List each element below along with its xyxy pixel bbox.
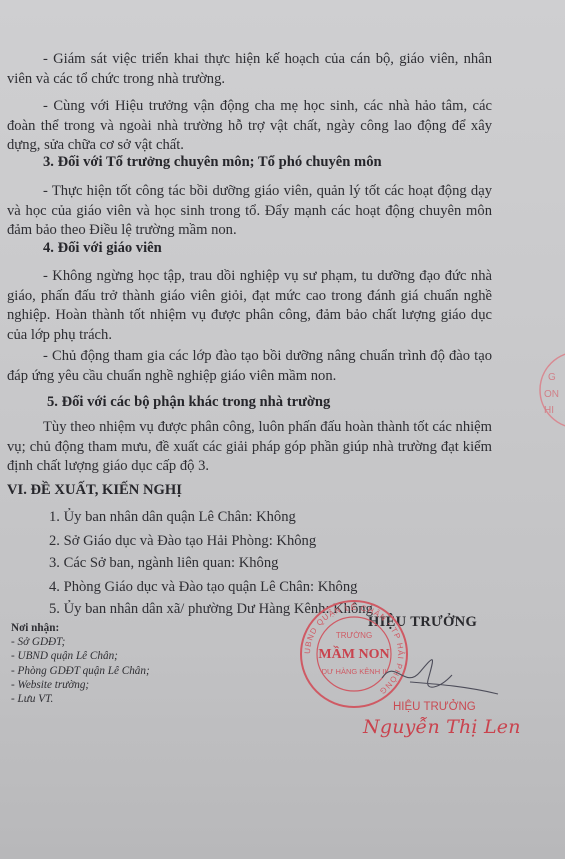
section-5-heading: 5. Đối với các bộ phận khác trong nhà tr… (47, 394, 330, 411)
proposal-item: 2. Sở Giáo dục và Đào tạo Hải Phòng: Khô… (49, 533, 316, 550)
paragraph-mobilize: - Cùng với Hiệu trưởng vận động cha mẹ h… (7, 97, 492, 156)
recipient-item: - Sở GDĐT; (11, 635, 150, 649)
recipient-item: - Website trường; (11, 678, 150, 692)
signature-scribble-icon (380, 650, 500, 700)
recipients-title: Nơi nhận: (11, 621, 150, 635)
document-page: - Giám sát việc triển khai thực hiện kế … (0, 0, 565, 859)
stamp-title: HIỆU TRƯỞNG (393, 701, 476, 713)
recipient-item: - Lưu VT. (11, 692, 150, 706)
section-5-body: Tùy theo nhiệm vụ được phân công, luôn p… (7, 418, 492, 477)
section-3-heading: 3. Đối với Tổ trưởng chuyên môn; Tổ phó … (43, 154, 382, 171)
proposal-item: 4. Phòng Giáo dục và Đào tạo quận Lê Châ… (49, 579, 357, 596)
section-4-heading: 4. Đối với giáo viên (43, 240, 162, 257)
section-4-body-2: - Chủ động tham gia các lớp đào tạo bồi … (7, 347, 492, 386)
recipient-item: - UBND quận Lê Chân; (11, 649, 150, 663)
svg-text:ON: ON (544, 389, 559, 400)
partial-seal-icon: G ON HI (538, 345, 565, 435)
recipients-block: Nơi nhận: - Sở GDĐT; - UBND quận Lê Chân… (11, 621, 150, 706)
svg-text:G: G (548, 372, 556, 383)
proposal-item: 3. Các Sở ban, ngành liên quan: Không (49, 555, 278, 572)
section-4-body-1: - Không ngừng học tập, trau dồi nghiệp v… (7, 267, 492, 345)
paragraph-supervise: - Giám sát việc triển khai thực hiện kế … (7, 50, 492, 89)
svg-text:TRƯỜNG: TRƯỜNG (336, 631, 372, 640)
svg-text:HI: HI (544, 405, 554, 416)
svg-text:MẦM NON: MẦM NON (318, 645, 389, 662)
recipient-item: - Phòng GDĐT quận Lê Chân; (11, 664, 150, 678)
section-3-body: - Thực hiện tốt công tác bồi dưỡng giáo … (7, 182, 492, 241)
proposal-item: 1. Ủy ban nhân dân quận Lê Chân: Không (49, 509, 296, 526)
principal-name: Nguyễn Thị Len (363, 716, 521, 738)
section-6-heading: VI. ĐỀ XUẤT, KIẾN NGHỊ (7, 482, 182, 499)
svg-text:DƯ HÀNG KÊNH II: DƯ HÀNG KÊNH II (322, 667, 387, 676)
